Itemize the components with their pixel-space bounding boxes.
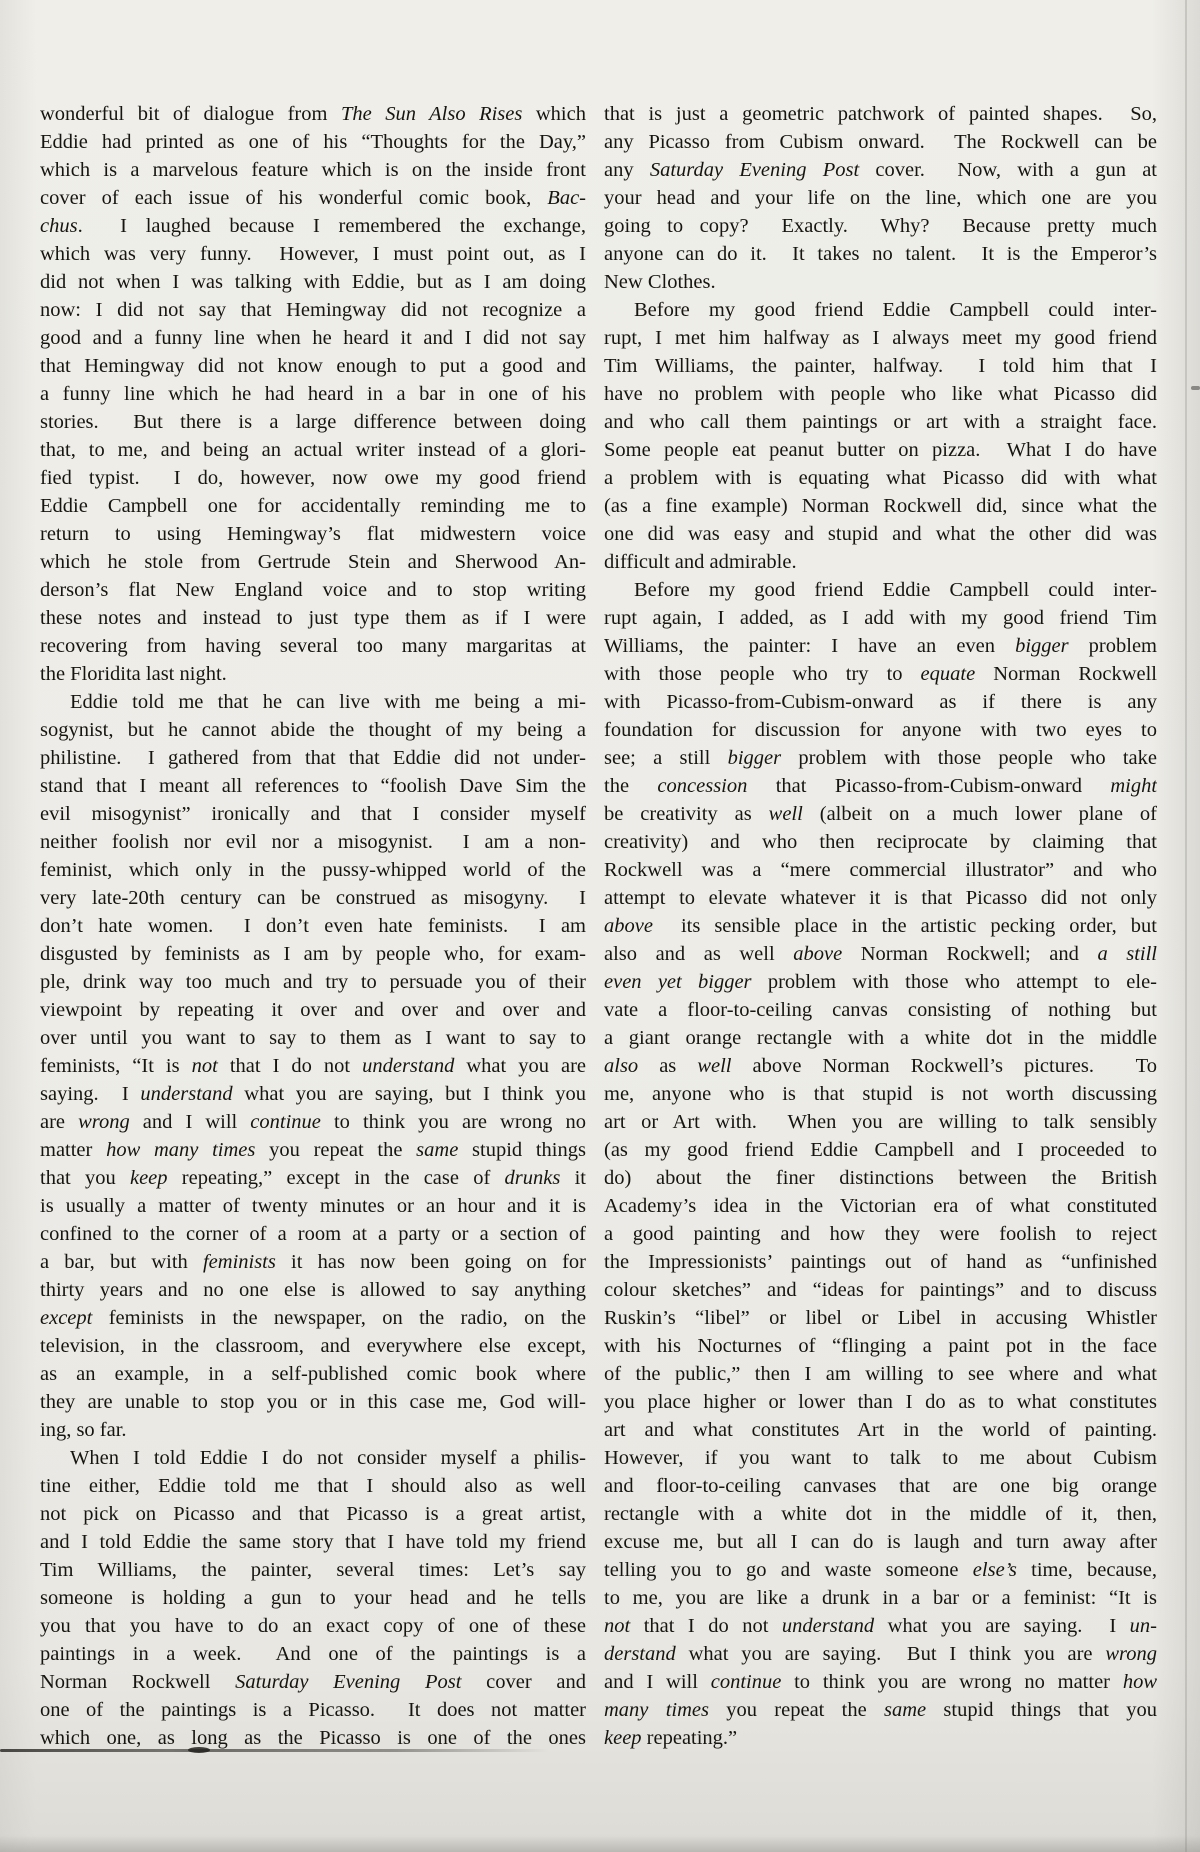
text-line: and floor-to-ceiling canvases that are o… xyxy=(604,1472,1157,1500)
text-line: with Picasso-from-Cubism-onward as if th… xyxy=(604,688,1157,716)
text-column-right: that is just a geometric patchwork of pa… xyxy=(604,100,1157,1752)
text-line: telling you to go and waste someone else… xyxy=(604,1556,1157,1584)
text-line: television, in the classroom, and everyw… xyxy=(40,1332,586,1360)
text-line: return to using Hemingway’s flat midwest… xyxy=(40,520,586,548)
text-line: one did was easy and stupid and what the… xyxy=(604,520,1157,548)
text-line: Eddie told me that he can live with me b… xyxy=(40,688,586,716)
text-line: that, to me, and being an actual writer … xyxy=(40,436,586,464)
text-line: excuse me, but all I can do is laugh and… xyxy=(604,1528,1157,1556)
text-line: the Floridita last night. xyxy=(40,660,586,688)
text-line: confined to the corner of a room at a pa… xyxy=(40,1220,586,1248)
text-line: evil misogynist” ironically and that I c… xyxy=(40,800,586,828)
text-line: also and as well above Norman Rockwell; … xyxy=(604,940,1157,968)
text-line: attempt to elevate whatever it is that P… xyxy=(604,884,1157,912)
text-line: going to copy? Exactly. Why? Because pre… xyxy=(604,212,1157,240)
text-line: many times you repeat the same stupid th… xyxy=(604,1696,1157,1724)
text-line: Tim Williams, the painter, halfway. I to… xyxy=(604,352,1157,380)
text-line: derson’s flat New England voice and to s… xyxy=(40,576,586,604)
text-line: a funny line which he had heard in a bar… xyxy=(40,380,586,408)
text-line: foundation for discussion for anyone wit… xyxy=(604,716,1157,744)
text-line: stand that I meant all references to “fo… xyxy=(40,772,586,800)
text-line: New Clothes. xyxy=(604,268,1157,296)
text-line: Eddie had printed as one of his “Thought… xyxy=(40,128,586,156)
scan-artifact-edge-dash xyxy=(1191,386,1200,390)
text-line: good and a funny line when he heard it a… xyxy=(40,324,586,352)
scan-artifact-bottom-shade xyxy=(0,1836,1200,1852)
text-line: also as well above Norman Rockwell’s pic… xyxy=(604,1052,1157,1080)
text-line: (as a fine example) Norman Rockwell did,… xyxy=(604,492,1157,520)
text-line: feminists, “It is not that I do not unde… xyxy=(40,1052,586,1080)
text-line: stories. But there is a large difference… xyxy=(40,408,586,436)
text-line: that Hemingway did not know enough to pu… xyxy=(40,352,586,380)
text-line: and I told Eddie the same story that I h… xyxy=(40,1528,586,1556)
scan-artifact-right-edge xyxy=(1185,0,1187,1852)
text-line: recovering from having several too many … xyxy=(40,632,586,660)
text-line: Eddie Campbell one for accidentally remi… xyxy=(40,492,586,520)
text-line: which was very funny. However, I must po… xyxy=(40,240,586,268)
text-line: ple, drink way too much and try to persu… xyxy=(40,968,586,996)
text-line: thirty years and no one else is allowed … xyxy=(40,1276,586,1304)
text-line: art and what constitutes Art in the worl… xyxy=(604,1416,1157,1444)
text-line: a bar, but with feminists it has now bee… xyxy=(40,1248,586,1276)
text-line: Before my good friend Eddie Campbell cou… xyxy=(604,296,1157,324)
text-line: viewpoint by repeating it over and over … xyxy=(40,996,586,1024)
text-line: the Impressionists’ paintings out of han… xyxy=(604,1248,1157,1276)
text-column-left: wonderful bit of dialogue from The Sun A… xyxy=(40,100,586,1752)
text-line: they are unable to stop you or in this c… xyxy=(40,1388,586,1416)
text-line: one of the paintings is a Picasso. It do… xyxy=(40,1696,586,1724)
text-line: philistine. I gathered from that that Ed… xyxy=(40,744,586,772)
text-line: Norman Rockwell Saturday Evening Post co… xyxy=(40,1668,586,1696)
text-line: you place higher or lower than I do as t… xyxy=(604,1388,1157,1416)
text-line: the concession that Picasso-from-Cubism-… xyxy=(604,772,1157,800)
text-line: very late-20th century can be construed … xyxy=(40,884,586,912)
text-line: are wrong and I will continue to think y… xyxy=(40,1108,586,1136)
text-line: that is just a geometric patchwork of pa… xyxy=(604,100,1157,128)
text-line: not that I do not understand what you ar… xyxy=(604,1612,1157,1640)
text-line: which he stole from Gertrude Stein and S… xyxy=(40,548,586,576)
scan-artifact-blob xyxy=(188,1747,210,1753)
text-line: paintings in a week. And one of the pain… xyxy=(40,1640,586,1668)
text-line: disgusted by feminists as I am by people… xyxy=(40,940,586,968)
text-line: a good painting and how they were foolis… xyxy=(604,1220,1157,1248)
text-line: vate a floor-to-ceiling canvas consistin… xyxy=(604,996,1157,1024)
scan-artifact-streak xyxy=(0,1749,565,1752)
text-line: anyone can do it. It takes no talent. It… xyxy=(604,240,1157,268)
text-line: your head and your life on the line, whi… xyxy=(604,184,1157,212)
text-line: art or Art with. When you are willing to… xyxy=(604,1108,1157,1136)
text-line: which one, as long as the Picasso is one… xyxy=(40,1724,586,1752)
text-line: to me, you are like a drunk in a bar or … xyxy=(604,1584,1157,1612)
text-line: (as my good friend Eddie Campbell and I … xyxy=(604,1136,1157,1164)
text-line: with those people who try to equate Norm… xyxy=(604,660,1157,688)
text-line: above its sensible place in the artistic… xyxy=(604,912,1157,940)
text-line: rectangle with a white dot in the middle… xyxy=(604,1500,1157,1528)
text-line: which is a marvelous feature which is on… xyxy=(40,156,586,184)
text-line: Some people eat peanut butter on pizza. … xyxy=(604,436,1157,464)
text-line: wonderful bit of dialogue from The Sun A… xyxy=(40,100,586,128)
text-line: someone is holding a gun to your head an… xyxy=(40,1584,586,1612)
text-line: you that you have to do an exact copy of… xyxy=(40,1612,586,1640)
text-line: chus. I laughed because I remembered the… xyxy=(40,212,586,240)
text-line: not pick on Picasso and that Picasso is … xyxy=(40,1500,586,1528)
text-line: Rockwell was a “mere commercial illustra… xyxy=(604,856,1157,884)
text-line: Before my good friend Eddie Campbell cou… xyxy=(604,576,1157,604)
text-line: saying. I understand what you are saying… xyxy=(40,1080,586,1108)
text-line: colour sketches” and “ideas for painting… xyxy=(604,1276,1157,1304)
text-line: derstand what you are saying. But I thin… xyxy=(604,1640,1157,1668)
text-line: that you keep repeating,” except in the … xyxy=(40,1164,586,1192)
text-line: these notes and instead to just type the… xyxy=(40,604,586,632)
text-line: even yet bigger problem with those who a… xyxy=(604,968,1157,996)
text-line: However, if you want to talk to me about… xyxy=(604,1444,1157,1472)
text-line: keep repeating.” xyxy=(604,1724,1157,1752)
text-line: Tim Williams, the painter, several times… xyxy=(40,1556,586,1584)
text-line: ing, so far. xyxy=(40,1416,586,1444)
text-line: When I told Eddie I do not consider myse… xyxy=(40,1444,586,1472)
text-line: over until you want to say to them as I … xyxy=(40,1024,586,1052)
text-line: any Picasso from Cubism onward. The Rock… xyxy=(604,128,1157,156)
text-line: don’t hate women. I don’t even hate femi… xyxy=(40,912,586,940)
text-line: fied typist. I do, however, now owe my g… xyxy=(40,464,586,492)
text-line: rupt again, I added, as I add with my go… xyxy=(604,604,1157,632)
text-line: except feminists in the newspaper, on th… xyxy=(40,1304,586,1332)
text-line: any Saturday Evening Post cover. Now, wi… xyxy=(604,156,1157,184)
text-line: rupt, I met him halfway as I always meet… xyxy=(604,324,1157,352)
text-line: and who call them paintings or art with … xyxy=(604,408,1157,436)
text-line: a giant orange rectangle with a white do… xyxy=(604,1024,1157,1052)
text-line: Ruskin’s “libel” or libel or Libel in ac… xyxy=(604,1304,1157,1332)
text-line: have no problem with people who like wha… xyxy=(604,380,1157,408)
text-line: tine either, Eddie told me that I should… xyxy=(40,1472,586,1500)
text-line: with his Nocturnes of “flinging a paint … xyxy=(604,1332,1157,1360)
text-line: Academy’s idea in the Victorian era of w… xyxy=(604,1192,1157,1220)
text-line: of the public,” then I am willing to see… xyxy=(604,1360,1157,1388)
text-line: now: I did not say that Hemingway did no… xyxy=(40,296,586,324)
text-line: feminist, which only in the pussy-whippe… xyxy=(40,856,586,884)
text-line: as an example, in a self-published comic… xyxy=(40,1360,586,1388)
text-line: difficult and admirable. xyxy=(604,548,1157,576)
text-line: neither foolish nor evil nor a misogynis… xyxy=(40,828,586,856)
text-line: is usually a matter of twenty minutes or… xyxy=(40,1192,586,1220)
text-line: do) about the finer distinctions between… xyxy=(604,1164,1157,1192)
text-line: cover of each issue of his wonderful com… xyxy=(40,184,586,212)
text-line: did not when I was talking with Eddie, b… xyxy=(40,268,586,296)
text-line: sogynist, but he cannot abide the though… xyxy=(40,716,586,744)
text-line: Williams, the painter: I have an even bi… xyxy=(604,632,1157,660)
text-line: a problem with is equating what Picasso … xyxy=(604,464,1157,492)
text-line: me, anyone who is that stupid is not wor… xyxy=(604,1080,1157,1108)
scanned-page: wonderful bit of dialogue from The Sun A… xyxy=(0,0,1200,1852)
text-line: matter how many times you repeat the sam… xyxy=(40,1136,586,1164)
text-line: and I will continue to think you are wro… xyxy=(604,1668,1157,1696)
text-line: creativity) and who then reciprocate by … xyxy=(604,828,1157,856)
text-line: be creativity as well (albeit on a much … xyxy=(604,800,1157,828)
text-line: see; a still bigger problem with those p… xyxy=(604,744,1157,772)
